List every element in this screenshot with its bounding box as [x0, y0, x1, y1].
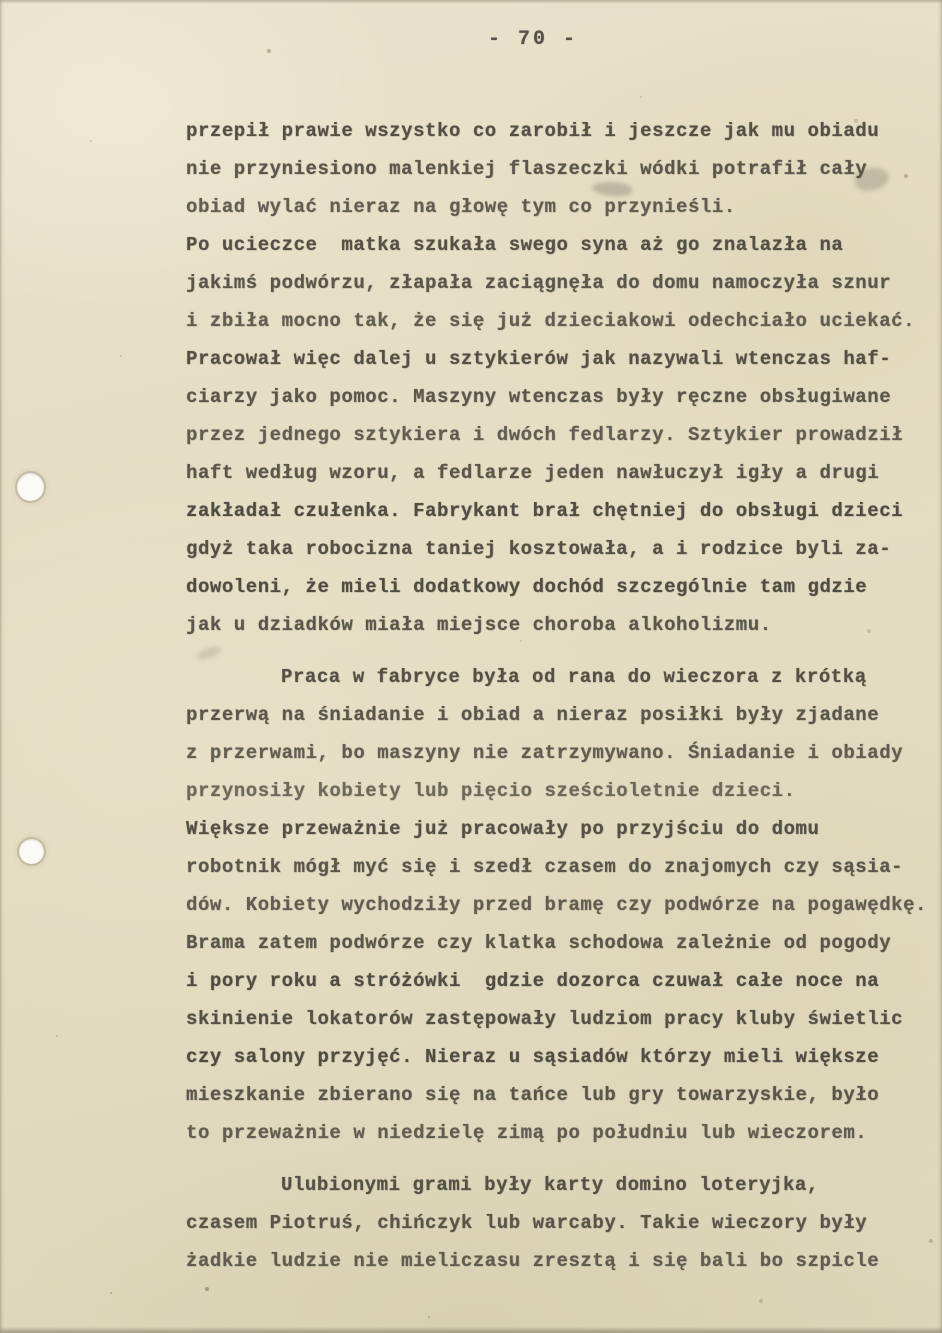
text-line: to przeważnie w niedzielę zimą po połudn…	[186, 1114, 922, 1152]
text-line: mieszkanie zbierano się na tańce lub gry…	[186, 1076, 922, 1114]
paragraph: Praca w fabryce była od rana do wieczora…	[186, 658, 922, 810]
text-line: przynosiły kobiety lub pięcio sześciolet…	[186, 772, 922, 810]
text-line: dów. Kobiety wychodziły przed bramę czy …	[186, 886, 922, 924]
text-line: gdyż taka robocizna taniej kosztowała, a…	[186, 530, 922, 568]
text-line: i zbiła mocno tak, że się już dzieciakow…	[186, 302, 922, 340]
document-text: przepił prawie wszystko co zarobił i jes…	[186, 112, 922, 1280]
text-line: przez jednego sztykiera i dwóch fedlarzy…	[186, 416, 922, 454]
text-line: Pracował więc dalej u sztykierów jak naz…	[186, 340, 922, 378]
text-line: obiad wylać nieraz na głowę tym co przyn…	[186, 188, 922, 226]
text-line: Praca w fabryce była od rana do wieczora…	[186, 658, 922, 696]
text-line: Po ucieczce matka szukała swego syna aż …	[186, 226, 922, 264]
paragraph: Pracował więc dalej u sztykierów jak naz…	[186, 340, 922, 644]
punch-hole-top	[17, 473, 44, 501]
text-line: żadkie ludzie nie mieliczasu zresztą i s…	[186, 1242, 922, 1280]
text-line: i pory roku a stróżówki gdzie dozorca cz…	[186, 962, 922, 1000]
scanned-page: - 70 - przepił prawie wszystko co zarobi…	[0, 0, 942, 1333]
page-number: - 70 -	[488, 28, 578, 51]
paragraph: Po ucieczce matka szukała swego syna aż …	[186, 226, 922, 340]
text-line: jakimś podwórzu, złapała zaciągnęła do d…	[186, 264, 922, 302]
text-line: robotnik mógł myć się i szedł czasem do …	[186, 848, 922, 886]
text-line: Ulubionymi grami były karty domino loter…	[186, 1166, 922, 1204]
text-line: nie przyniesiono malenkiej flaszeczki wó…	[186, 150, 922, 188]
paragraph: Ulubionymi grami były karty domino loter…	[186, 1166, 922, 1280]
paper-specks	[0, 0, 2, 2]
text-line: haft według wzoru, a fedlarze jeden nawł…	[186, 454, 922, 492]
text-line: z przerwami, bo maszyny nie zatrzymywano…	[186, 734, 922, 772]
text-line: przepił prawie wszystko co zarobił i jes…	[186, 112, 922, 150]
text-line: Większe przeważnie już pracowały po przy…	[186, 810, 922, 848]
text-line: skinienie lokatorów zastępowały ludziom …	[186, 1000, 922, 1038]
text-line: jak u dziadków miała miejsce choroba alk…	[186, 606, 922, 644]
text-line: czasem Piotruś, chińczyk lub warcaby. Ta…	[186, 1204, 922, 1242]
text-line: czy salony przyjęć. Nieraz u sąsiadów kt…	[186, 1038, 922, 1076]
punch-hole-bottom	[19, 839, 44, 864]
text-line: przerwą na śniadanie i obiad a nieraz po…	[186, 696, 922, 734]
text-line: Brama zatem podwórze czy klatka schodowa…	[186, 924, 922, 962]
text-line: dowoleni, że mieli dodatkowy dochód szcz…	[186, 568, 922, 606]
paragraph: przepił prawie wszystko co zarobił i jes…	[186, 112, 922, 226]
text-line: zakładał czułenka. Fabrykant brał chętni…	[186, 492, 922, 530]
text-line: ciarzy jako pomoc. Maszyny wtenczas były…	[186, 378, 922, 416]
paragraph: Większe przeważnie już pracowały po przy…	[186, 810, 922, 1152]
